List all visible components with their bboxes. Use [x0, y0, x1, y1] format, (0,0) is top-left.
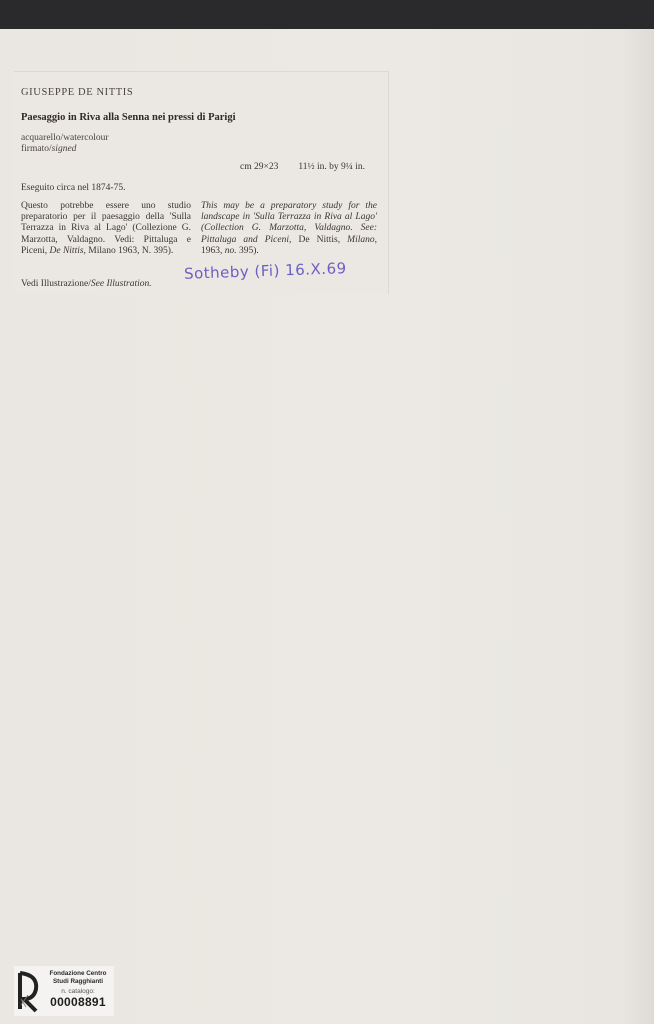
scanner-background-bar: [0, 0, 654, 29]
see-illustration: Vedi Illustrazione/See Illustration.: [21, 279, 152, 289]
archive-stamp: Fondazione Centro Studi Ragghianti n. ca…: [14, 966, 114, 1016]
signed-text: firmato/signed: [21, 144, 109, 155]
note-italian: Questo potrebbe essere uno studio prepar…: [21, 201, 191, 257]
dimensions-cm: cm 29×23: [240, 162, 278, 172]
ragghianti-r-logo-icon: [16, 969, 40, 1013]
medium-info: acquarello/watercolour firmato/signed: [21, 133, 109, 155]
document-page: GIUSEPPE DE NITTIS Paesaggio in Riva all…: [0, 29, 654, 1024]
stamp-org-line2: Studi Ragghianti: [42, 978, 114, 986]
note-english: This may be a preparatory study for the …: [201, 201, 377, 257]
stamp-text: Fondazione Centro Studi Ragghianti n. ca…: [42, 970, 114, 1009]
execution-date: Eseguito circa nel 1874-75.: [21, 183, 125, 193]
dimensions-inches: 11½ in. by 9¼ in.: [298, 162, 365, 172]
dimensions: cm 29×2311½ in. by 9¼ in.: [240, 162, 365, 172]
catalog-number: 00008891: [42, 996, 114, 1009]
handwritten-annotation: Sotheby (Fi) 16.X.69: [184, 259, 347, 283]
medium-text: acquarello/watercolour: [21, 133, 109, 144]
artist-name: GIUSEPPE DE NITTIS: [21, 87, 133, 98]
artwork-title: Paesaggio in Riva alla Senna nei pressi …: [21, 112, 236, 123]
catalog-entry-card: GIUSEPPE DE NITTIS Paesaggio in Riva all…: [14, 71, 389, 294]
stamp-org-line1: Fondazione Centro: [42, 970, 114, 978]
